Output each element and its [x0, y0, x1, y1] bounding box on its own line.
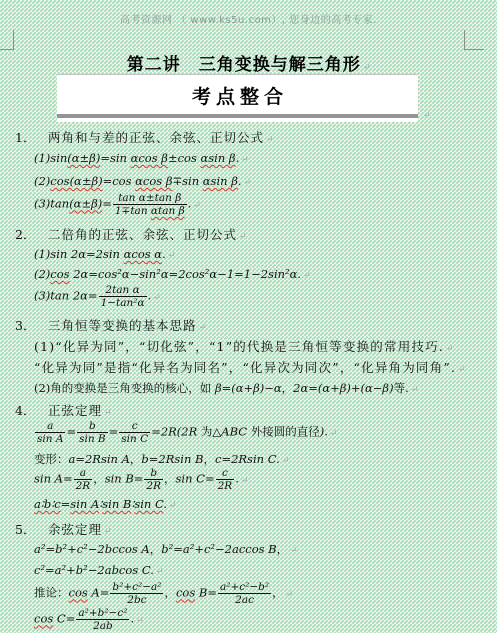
item-1-heading: 1．两角和与差的正弦、余弦、正切公式↵: [15, 130, 274, 148]
fraction-denominator: 2ac: [218, 593, 271, 606]
fraction: 2tan α1−tan²α: [98, 284, 148, 309]
fraction-denominator: 2bc: [110, 593, 163, 606]
paragraph-mark: ↵: [446, 344, 454, 354]
section-box-rule: [57, 114, 418, 118]
equals: =: [66, 425, 76, 439]
fraction: tan α±tan β1∓tan αtan β: [112, 192, 188, 217]
law-of-cosines-a: a²=b²+c²−2bccos A，b²=a²+c²−2accos B，↵: [34, 542, 298, 559]
text: (1)“化异为同”，“切化弦”，“1”的代换是三角恒等变换的常用技巧.: [34, 339, 444, 354]
law-of-cosines-b: c²=a²+b²−2abcos C.↵: [34, 563, 163, 580]
paragraph-mark: ↵: [168, 251, 176, 261]
fraction-numerator: b: [144, 467, 163, 479]
paragraph-mark: ↵: [239, 232, 247, 242]
item-1-number: 1．: [15, 130, 48, 145]
fraction-numerator: c: [216, 467, 235, 479]
fraction-numerator: c: [119, 420, 150, 432]
fraction-denominator: 2R: [74, 479, 93, 492]
fraction-numerator: a²+b²−c²: [76, 607, 129, 619]
fraction: b2R: [143, 467, 164, 492]
margin-crop-mark-left: [0, 30, 14, 50]
paragraph-mark: ↵: [266, 135, 274, 145]
fraction-numerator: b: [77, 420, 108, 432]
item-3-title: 三角恒等变换的基本思路: [48, 318, 197, 333]
fraction-denominator: sin C: [119, 432, 150, 445]
formula-text: .: [130, 612, 134, 626]
formula-text: cos B=: [176, 586, 217, 600]
item-1-title: 两角和与差的正弦、余弦、正切公式: [48, 130, 264, 145]
formula-text: .: [188, 197, 192, 211]
item-4-number: 4．: [15, 403, 48, 418]
fraction: a²+b²−c²2ab: [75, 607, 130, 632]
section-header-box: 考点整合: [57, 74, 418, 122]
fraction-numerator: a: [74, 467, 93, 479]
lecture-title: 第二讲 三角变换与解三角形↵: [0, 50, 497, 75]
formula-text: .: [235, 472, 239, 486]
fraction-numerator: b²+c²−a²: [110, 581, 163, 593]
lecture-title-text: 第二讲 三角变换与解三角形: [127, 55, 361, 75]
formula-tan-double: (3)tan 2α=2tan α1−tan²α.↵: [34, 284, 161, 309]
paragraph-mark: ↵: [303, 271, 311, 281]
paragraph-mark: ↵: [458, 365, 466, 375]
fraction: b²+c²−a²2bc: [109, 581, 164, 606]
separator: ，: [164, 472, 176, 486]
formula-text: (2)cos(α±β)=cos αcos β∓sin αsin β.: [34, 174, 242, 188]
paragraph-mark: ↵: [290, 546, 298, 556]
paragraph-mark: ↵: [241, 476, 249, 486]
formula-text: =2R(2R 为△ABC 外接圆的直径).: [151, 425, 328, 439]
item-2-title: 二倍角的正弦、余弦、正切公式: [48, 227, 237, 242]
formula-text: .: [148, 289, 152, 303]
paragraph-mark: ↵: [244, 178, 252, 188]
fraction-numerator: tan α±tan β: [113, 192, 187, 204]
fraction-denominator: 2ab: [76, 619, 129, 632]
formula-text: cos C=: [34, 612, 75, 626]
fraction-numerator: a²+c²−b²: [218, 581, 271, 593]
paragraph-mark: ↵: [153, 293, 161, 303]
formula-text: sin A=: [34, 472, 73, 486]
paragraph-mark: ↵: [193, 201, 201, 211]
formula-cos-sum: (2)cos(α±β)=cos αcos β∓sin αsin β.↵: [34, 174, 251, 191]
paragraph-mark: ↵: [330, 429, 338, 439]
formula-text: (1)sin 2α=2sin αcos α.: [34, 247, 166, 261]
item-3-point-2: (2)角的变换是三角变换的核心，如 β=(α+β)−α，2α=(α+β)+(α−…: [34, 381, 418, 398]
paragraph-mark: ↵: [363, 63, 371, 73]
paragraph-mark: ↵: [169, 501, 177, 511]
formula-text: (2)角的变换是三角变换的核心，如 β=(α+β)−α，2α=(α+β)+(α−…: [34, 381, 409, 395]
formula-text: (3)tan(α±β)=: [34, 197, 112, 211]
item-5-heading: 5．余弦定理↵: [15, 522, 112, 540]
formula-cos-double: (2)cos 2α=cos²α−sin²α=2cos²α−1=1−2sin²α.…: [34, 267, 311, 284]
item-2-heading: 2．二倍角的正弦、余弦、正切公式↵: [15, 227, 247, 245]
paragraph-mark: ↵: [411, 385, 419, 395]
fraction-numerator: a: [35, 420, 65, 432]
equals: =: [109, 425, 119, 439]
formula-text: sin B=: [105, 472, 144, 486]
fraction: a²+c²−b²2ac: [217, 581, 272, 606]
section-title: 考点整合: [57, 75, 418, 114]
formula-tan-sum: (3)tan(α±β)=tan α±tan β1∓tan αtan β.↵: [34, 192, 201, 217]
formula-text: sin C=: [176, 472, 215, 486]
paragraph-mark: ↵: [104, 408, 112, 418]
formula-text: 推论：cos A=: [34, 586, 109, 600]
item-4-title: 正弦定理: [48, 403, 102, 418]
item-2-number: 2．: [15, 227, 48, 242]
fraction-denominator: sin B: [77, 432, 108, 445]
law-of-sines-formula: asin A=bsin B=csin C=2R(2R 为△ABC 外接圆的直径)…: [34, 420, 337, 445]
item-5-title: 余弦定理: [48, 522, 102, 537]
formula-text: c²=a²+b²−2abcos C.: [34, 563, 154, 577]
law-of-sines-ratios: sin A=a2R，sin B=b2R，sin C=c2R.↵: [34, 467, 248, 492]
fraction-denominator: 1∓tan αtan β: [113, 204, 187, 217]
formula-sin-sum: (1)sin(α±β)=sin αcos β±cos αsin β.↵: [34, 151, 249, 168]
fraction: bsin B: [76, 420, 109, 445]
formula-text: (1)sin(α±β)=sin αcos β±cos αsin β.: [34, 151, 239, 165]
fraction-denominator: 2R: [144, 479, 163, 492]
paragraph-mark: ↵: [199, 323, 207, 333]
paragraph-mark: ↵: [104, 527, 112, 537]
paragraph-mark: ↵: [423, 111, 431, 121]
fraction: c2R: [215, 467, 236, 492]
paragraph-mark: ↵: [156, 567, 164, 577]
sine-ratio-line: a∶b∶c=sin A∶sin B∶sin C.↵: [34, 497, 177, 514]
formula-text: (2)cos 2α=cos²α−sin²α=2cos²α−1=1−2sin²α.: [34, 267, 301, 281]
formula-text: a²=b²+c²−2bccos A，b²=a²+c²−2accos B，: [34, 542, 288, 556]
item-3-number: 3．: [15, 318, 48, 333]
fraction: a2R: [73, 467, 94, 492]
item-3-point-1: (1)“化异为同”，“切化弦”，“1”的代换是三角恒等变换的常用技巧.↵: [34, 339, 454, 357]
item-4-heading: 4．正弦定理↵: [15, 403, 112, 421]
document-page: 高考资源网 （ www.ks5u.com）, 您身边的高考专家. 第二讲 三角变…: [0, 0, 497, 633]
paragraph-mark: ↵: [241, 155, 249, 165]
text: “化异为同”是指“化异名为同名”，“化异次为同次”，“化异角为同角”.: [34, 360, 456, 375]
fraction-denominator: 1−tan²α: [99, 296, 147, 309]
site-watermark: 高考资源网 （ www.ks5u.com）, 您身边的高考专家.: [0, 11, 497, 26]
paragraph-mark: ↵: [282, 456, 290, 466]
separator: ，: [164, 586, 176, 600]
formula-text: a∶b∶c=sin A∶sin B∶sin C.: [34, 497, 167, 511]
formula-text: 变形：a=2Rsin A，b=2Rsin B，c=2Rsin C.: [34, 452, 280, 466]
fraction-numerator: 2tan α: [99, 284, 147, 296]
paragraph-mark: ↵: [286, 590, 294, 600]
item-5-number: 5．: [15, 522, 48, 537]
margin-crop-mark-right: [464, 30, 484, 50]
separator: ，: [272, 586, 284, 600]
fraction: csin C: [118, 420, 151, 445]
formula-sin-double: (1)sin 2α=2sin αcos α.↵: [34, 247, 175, 264]
fraction-denominator: 2R: [216, 479, 235, 492]
fraction: asin A: [34, 420, 66, 445]
separator: ，: [93, 472, 105, 486]
item-3-point-1-cont: “化异为同”是指“化异名为同名”，“化异次为同次”，“化异角为同角”.↵: [34, 360, 466, 378]
paragraph-mark: ↵: [136, 616, 144, 626]
formula-text: (3)tan 2α=: [34, 289, 98, 303]
law-of-cosines-corollary: 推论：cos A=b²+c²−a²2bc，cos B=a²+c²−b²2ac，↵: [34, 581, 293, 606]
item-3-heading: 3．三角恒等变换的基本思路↵: [15, 318, 206, 336]
law-of-cosines-corollary-c: cos C=a²+b²−c²2ab.↵: [34, 607, 144, 632]
fraction-denominator: sin A: [35, 432, 65, 445]
